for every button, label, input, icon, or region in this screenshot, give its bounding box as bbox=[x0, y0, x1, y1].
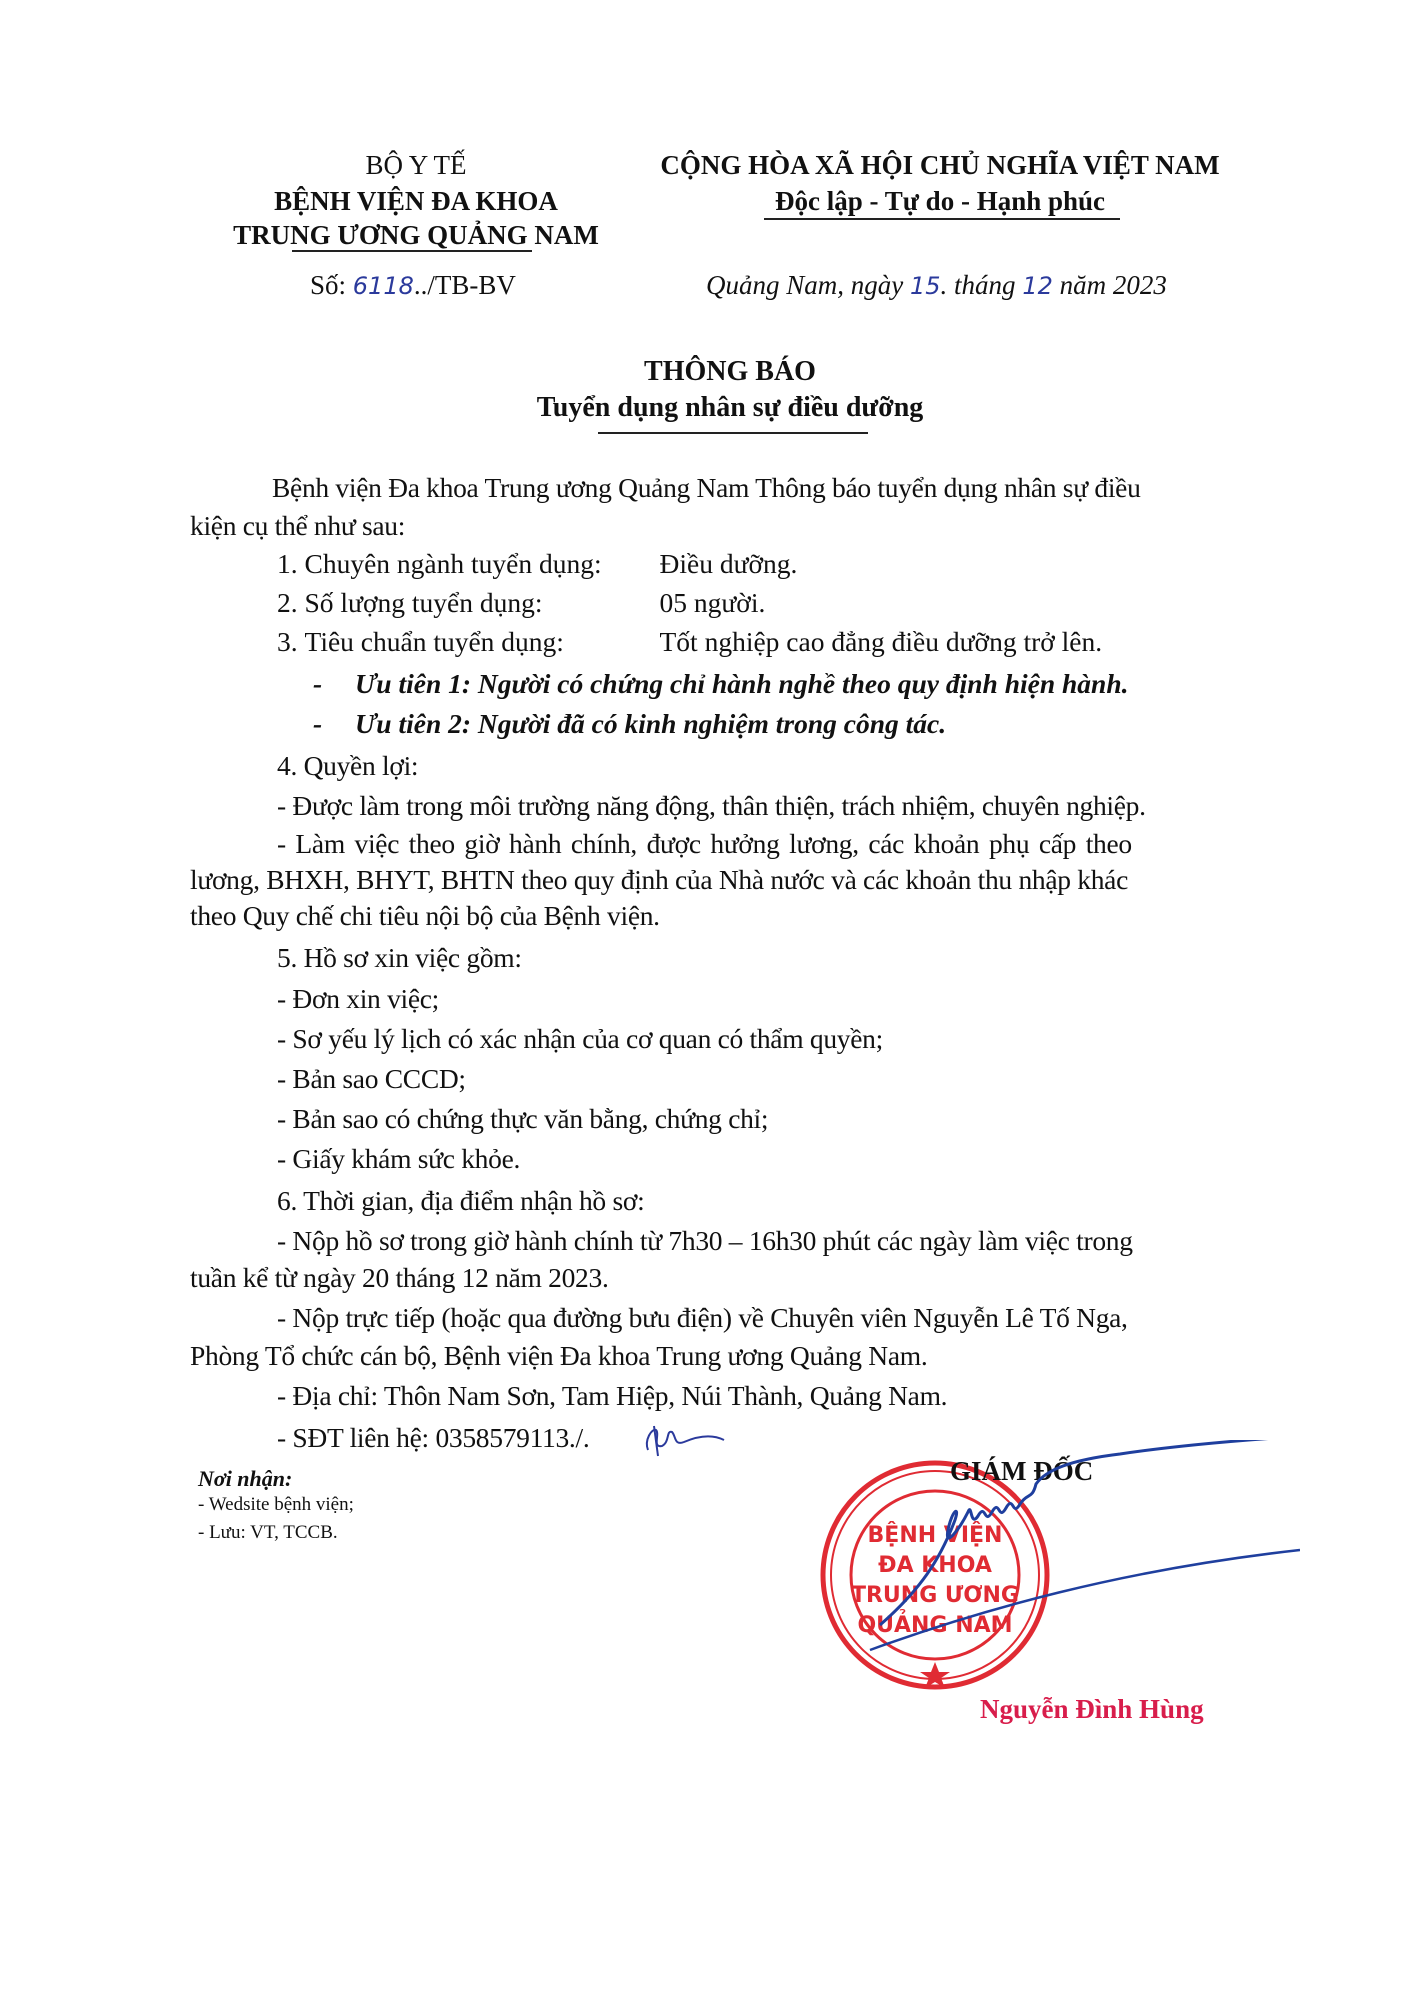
submission-time-cont: tuần kể từ ngày 20 tháng 12 năm 2023. bbox=[190, 1262, 609, 1294]
ministry-name: BỘ Y TẾ bbox=[226, 148, 606, 182]
documents-heading: 5. Hồ sơ xin việc gồm: bbox=[277, 942, 522, 974]
requirement-label: Tiêu chuẩn tuyển dụng: bbox=[305, 626, 660, 658]
requirement-label: Số lượng tuyển dụng: bbox=[305, 587, 660, 619]
requirement-item: 2. Số lượng tuyển dụng:05 người. bbox=[277, 587, 765, 619]
signer-name: Nguyễn Đình Hùng bbox=[980, 1694, 1204, 1725]
doc-number-suffix: ../TB-BV bbox=[414, 270, 516, 300]
document-item: - Giấy khám sức khỏe. bbox=[277, 1143, 520, 1175]
benefit-item-cont: lương, BHXH, BHYT, BHTN theo quy định củ… bbox=[190, 864, 1128, 896]
subtitle-underline bbox=[598, 432, 868, 434]
submission-phone: - SĐT liên hệ: 0358579113./. bbox=[277, 1422, 589, 1454]
document-title: THÔNG BÁO bbox=[430, 356, 1030, 388]
requirement-value: Điều dưỡng. bbox=[660, 548, 798, 579]
initials-mark-icon bbox=[640, 1420, 730, 1460]
submission-place-cont: Phòng Tổ chức cán bộ, Bệnh viện Đa khoa … bbox=[190, 1340, 927, 1372]
recipient-item: - Lưu: VT, TCCB. bbox=[198, 1522, 338, 1544]
priority-item: -Ưu tiên 1: Người có chứng chỉ hành nghề… bbox=[313, 668, 1129, 700]
director-signature-icon bbox=[860, 1440, 1300, 1660]
recipient-item: - Wedsite bệnh viện; bbox=[198, 1494, 354, 1516]
intro-line-1: Bệnh viện Đa khoa Trung ương Quảng Nam T… bbox=[272, 472, 1141, 504]
benefit-item: - Làm việc theo giờ hành chính, được hưở… bbox=[277, 828, 1132, 860]
issue-date: Quảng Nam, ngày 15. tháng 12 năm 2023 bbox=[706, 268, 1167, 303]
hospital-name-line1: BỆNH VIỆN ĐA KHOA bbox=[206, 184, 626, 218]
requirement-value: 05 người. bbox=[660, 587, 766, 618]
national-motto: Độc lập - Tự do - Hạnh phúc bbox=[630, 184, 1250, 218]
submission-place: - Nộp trực tiếp (hoặc qua đường bưu điện… bbox=[277, 1302, 1128, 1334]
requirement-item: 1. Chuyên ngành tuyển dụng:Điều dưỡng. bbox=[277, 548, 797, 580]
requirement-item: 3. Tiêu chuẩn tuyển dụng:Tốt nghiệp cao … bbox=[277, 626, 1102, 658]
recipients-heading: Nơi nhận: bbox=[198, 1466, 292, 1492]
date-year: năm 2023 bbox=[1060, 270, 1167, 300]
doc-number-prefix: Số: bbox=[310, 270, 346, 300]
submission-heading: 6. Thời gian, địa điểm nhận hồ sơ: bbox=[277, 1185, 644, 1217]
doc-number-handwritten: 6118 bbox=[353, 272, 414, 300]
document-number: Số: 6118../TB-BV bbox=[310, 268, 516, 303]
document-item: - Bản sao CCCD; bbox=[277, 1063, 466, 1095]
benefit-item: - Được làm trong môi trường năng động, t… bbox=[277, 790, 1146, 822]
document-item: - Đơn xin việc; bbox=[277, 983, 439, 1015]
date-day-handwritten: 15 bbox=[910, 272, 941, 300]
document-subtitle: Tuyển dụng nhân sự điều dưỡng bbox=[430, 392, 1030, 424]
requirement-value: Tốt nghiệp cao đẳng điều dưỡng trở lên. bbox=[660, 626, 1103, 657]
date-month-label: tháng bbox=[954, 270, 1016, 300]
date-prefix: Quảng Nam, ngày bbox=[706, 270, 903, 300]
submission-time: - Nộp hồ sơ trong giờ hành chính từ 7h30… bbox=[277, 1225, 1133, 1257]
country-name: CỘNG HÒA XÃ HỘI CHỦ NGHĨA VIỆT NAM bbox=[630, 148, 1250, 182]
document-item: - Bản sao có chứng thực văn bằng, chứng … bbox=[277, 1103, 768, 1135]
hospital-name-line2: TRUNG ƯƠNG QUẢNG NAM bbox=[206, 218, 626, 252]
benefits-heading: 4. Quyền lợi: bbox=[277, 750, 418, 782]
motto-underline bbox=[764, 218, 1120, 220]
priority-item: -Ưu tiên 2: Người đã có kinh nghiệm tron… bbox=[313, 708, 946, 740]
intro-line-2: kiện cụ thể như sau: bbox=[190, 510, 405, 542]
submission-address: - Địa chỉ: Thôn Nam Sơn, Tam Hiệp, Núi T… bbox=[277, 1380, 947, 1412]
document-item: - Sơ yếu lý lịch có xác nhận của cơ quan… bbox=[277, 1023, 883, 1055]
date-month-handwritten: 12 bbox=[1022, 272, 1053, 300]
requirement-label: Chuyên ngành tuyển dụng: bbox=[305, 548, 660, 580]
header-left-underline bbox=[292, 250, 532, 252]
benefit-item-cont: theo Quy chế chi tiêu nội bộ của Bệnh vi… bbox=[190, 900, 660, 932]
